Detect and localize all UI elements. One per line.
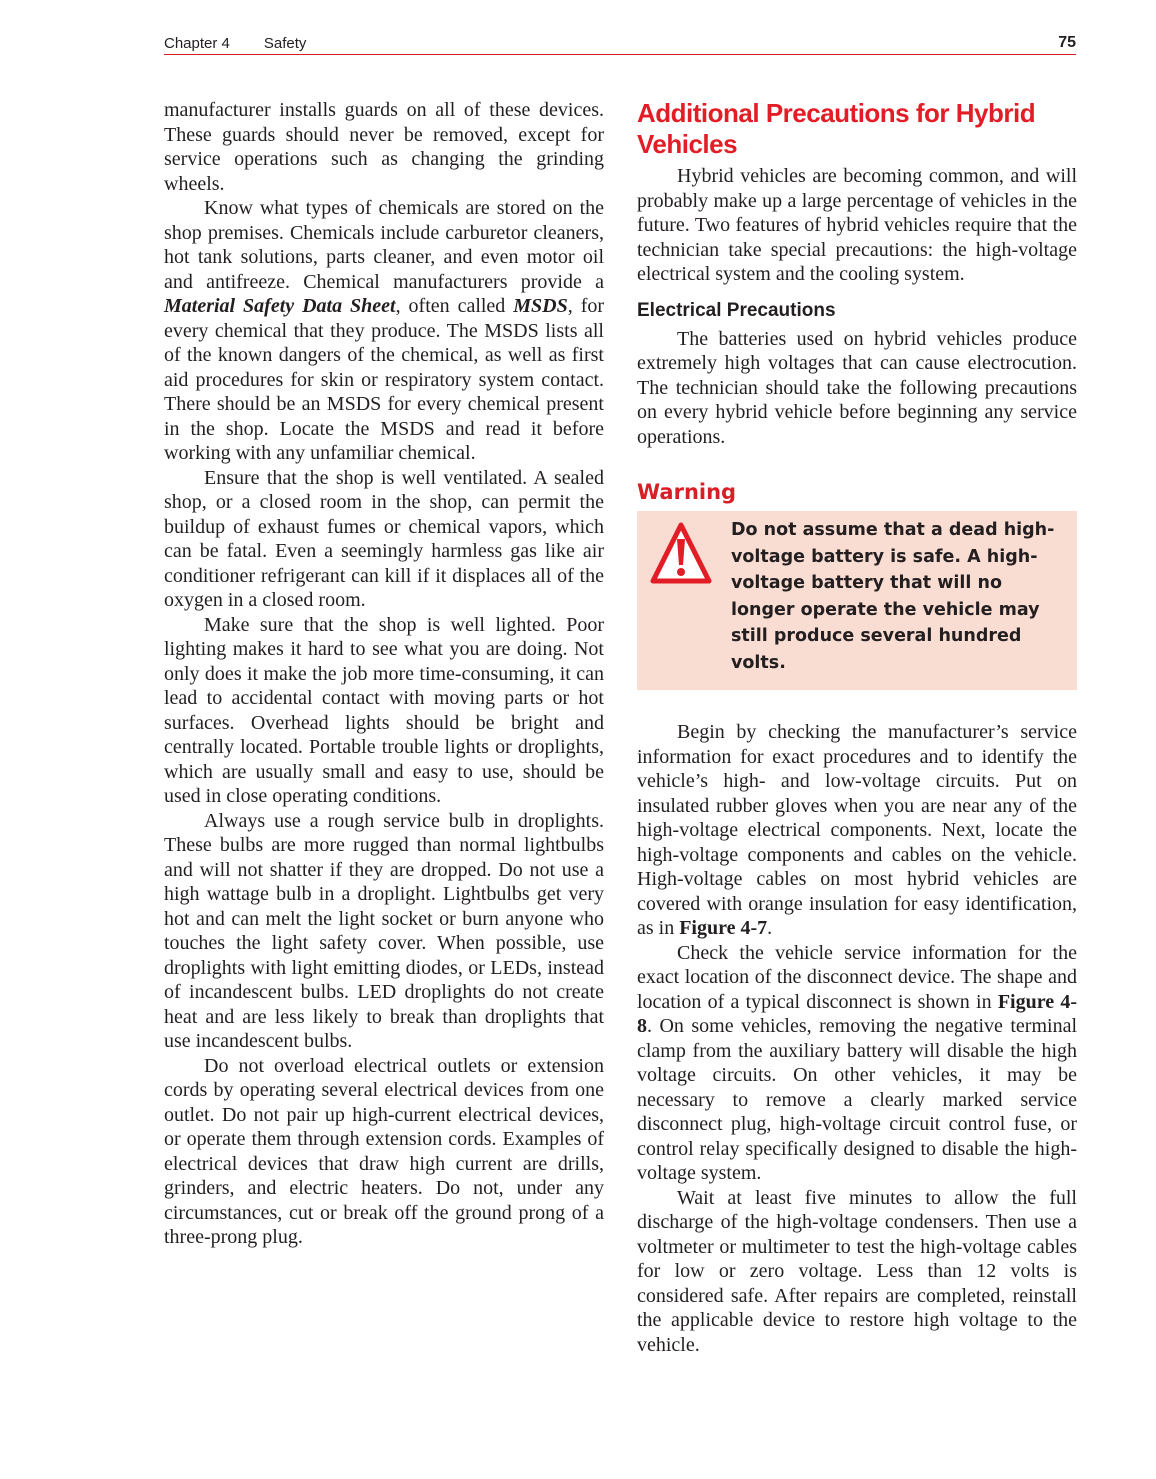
section-label: Safety [264,35,1058,52]
warning-box: Do not assume that a dead high-voltage b… [637,511,1077,690]
page-number: 75 [1058,34,1076,52]
subheading-electrical: Electrical Precautions [637,299,1077,323]
paragraph-bulbs: Always use a rough service bulb in drop­… [164,809,604,1054]
right-column: Additional Precautions for Hybrid Vehicl… [637,98,1077,1357]
paragraph-guards: manufacturer installs guards on all of t… [164,98,604,196]
paragraph-hybrid-intro: Hybrid vehicles are becoming common, and… [637,164,1077,287]
warning-triangle-icon [649,517,717,676]
paragraph-ventilation: Ensure that the shop is well ventilated.… [164,466,604,613]
chapter-label: Chapter 4 [164,35,230,52]
running-header: Chapter 4 Safety 75 [164,30,1076,55]
paragraph-chemicals: Know what types of chemicals are stored … [164,196,604,466]
paragraph-wait: Wait at least five minutes to allow the … [637,1186,1077,1358]
paragraph-begin: Begin by checking the manufacturer’s ser… [637,720,1077,941]
paragraph-electrical: The batteries used on hybrid vehicles pr… [637,327,1077,450]
warning-text: Do not assume that a dead high-voltage b… [731,517,1065,676]
term-msds: MSDS [513,295,567,317]
figure-ref-4-7: Figure 4-7 [679,917,767,939]
paragraph-outlets: Do not overload electrical outlets or ex… [164,1054,604,1250]
paragraph-lighting: Make sure that the shop is well lighted.… [164,613,604,809]
left-column: manufacturer installs guards on all of t… [164,98,604,1250]
warning-title: Warning [637,479,1077,505]
paragraph-check: Check the vehicle service information fo… [637,941,1077,1186]
term-material-safety-data-sheet: Material Safety Data Sheet [164,295,396,317]
section-heading: Additional Precautions for Hybrid Vehicl… [637,98,1077,160]
